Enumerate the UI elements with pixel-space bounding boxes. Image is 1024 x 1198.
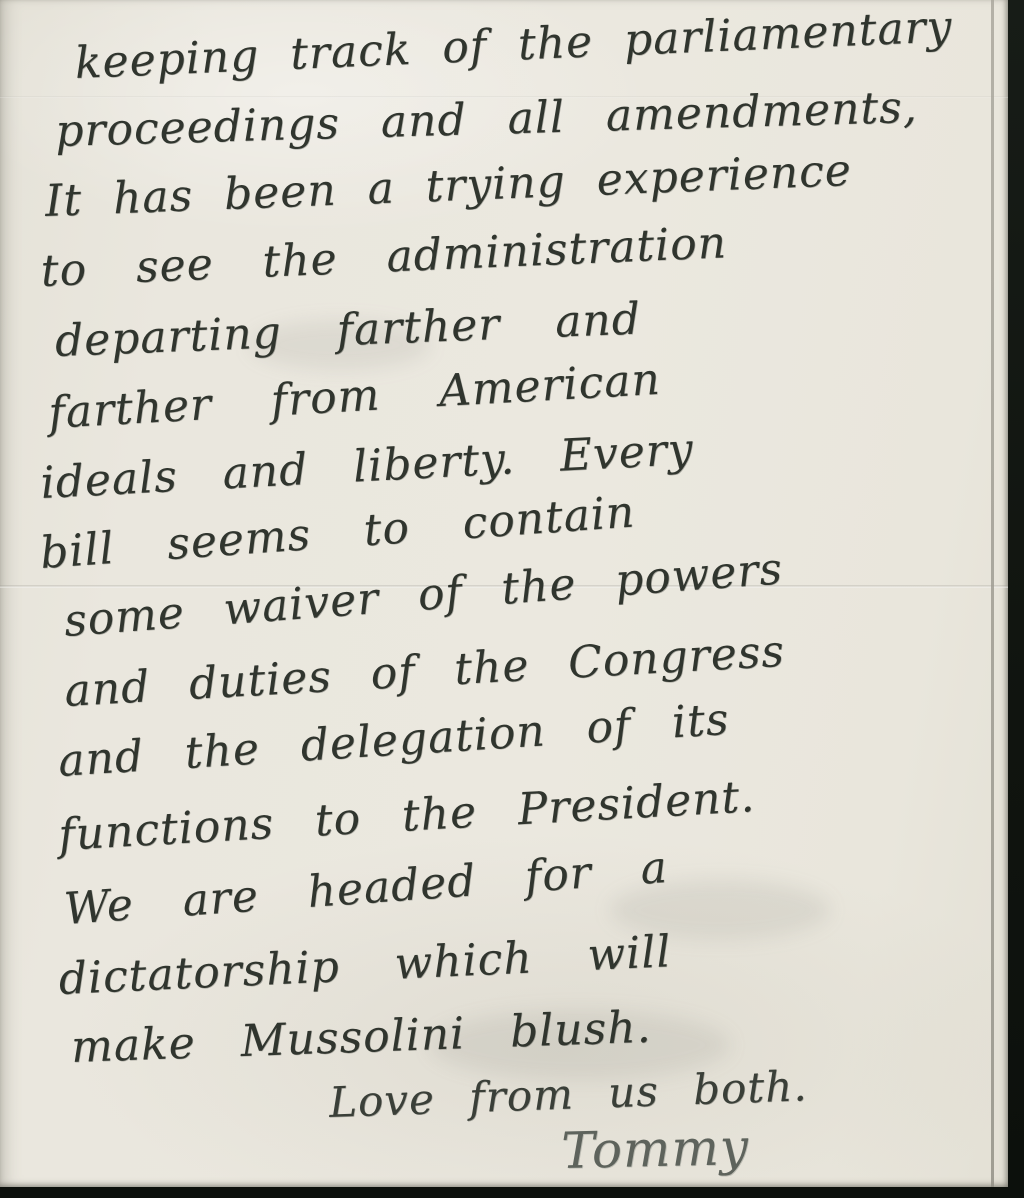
handwritten-line: We are headed for a [62,842,669,935]
handwritten-line: to see the administration [40,217,728,297]
letter-closing: Love from us both. [328,1061,808,1127]
paper-edge [991,0,994,1187]
handwritten-line: It has been a trying experience [44,145,853,227]
scanned-letter: keeping track of the parliamentary proce… [0,0,1024,1198]
letter-page: keeping track of the parliamentary proce… [0,0,1008,1187]
letter-signature: Tommy [561,1118,750,1180]
handwritten-line: dictatorship which will [58,926,673,1005]
handwritten-line: keeping track of the parliamentary [74,1,954,89]
handwritten-line: proceedings and all amendments, [55,82,919,157]
